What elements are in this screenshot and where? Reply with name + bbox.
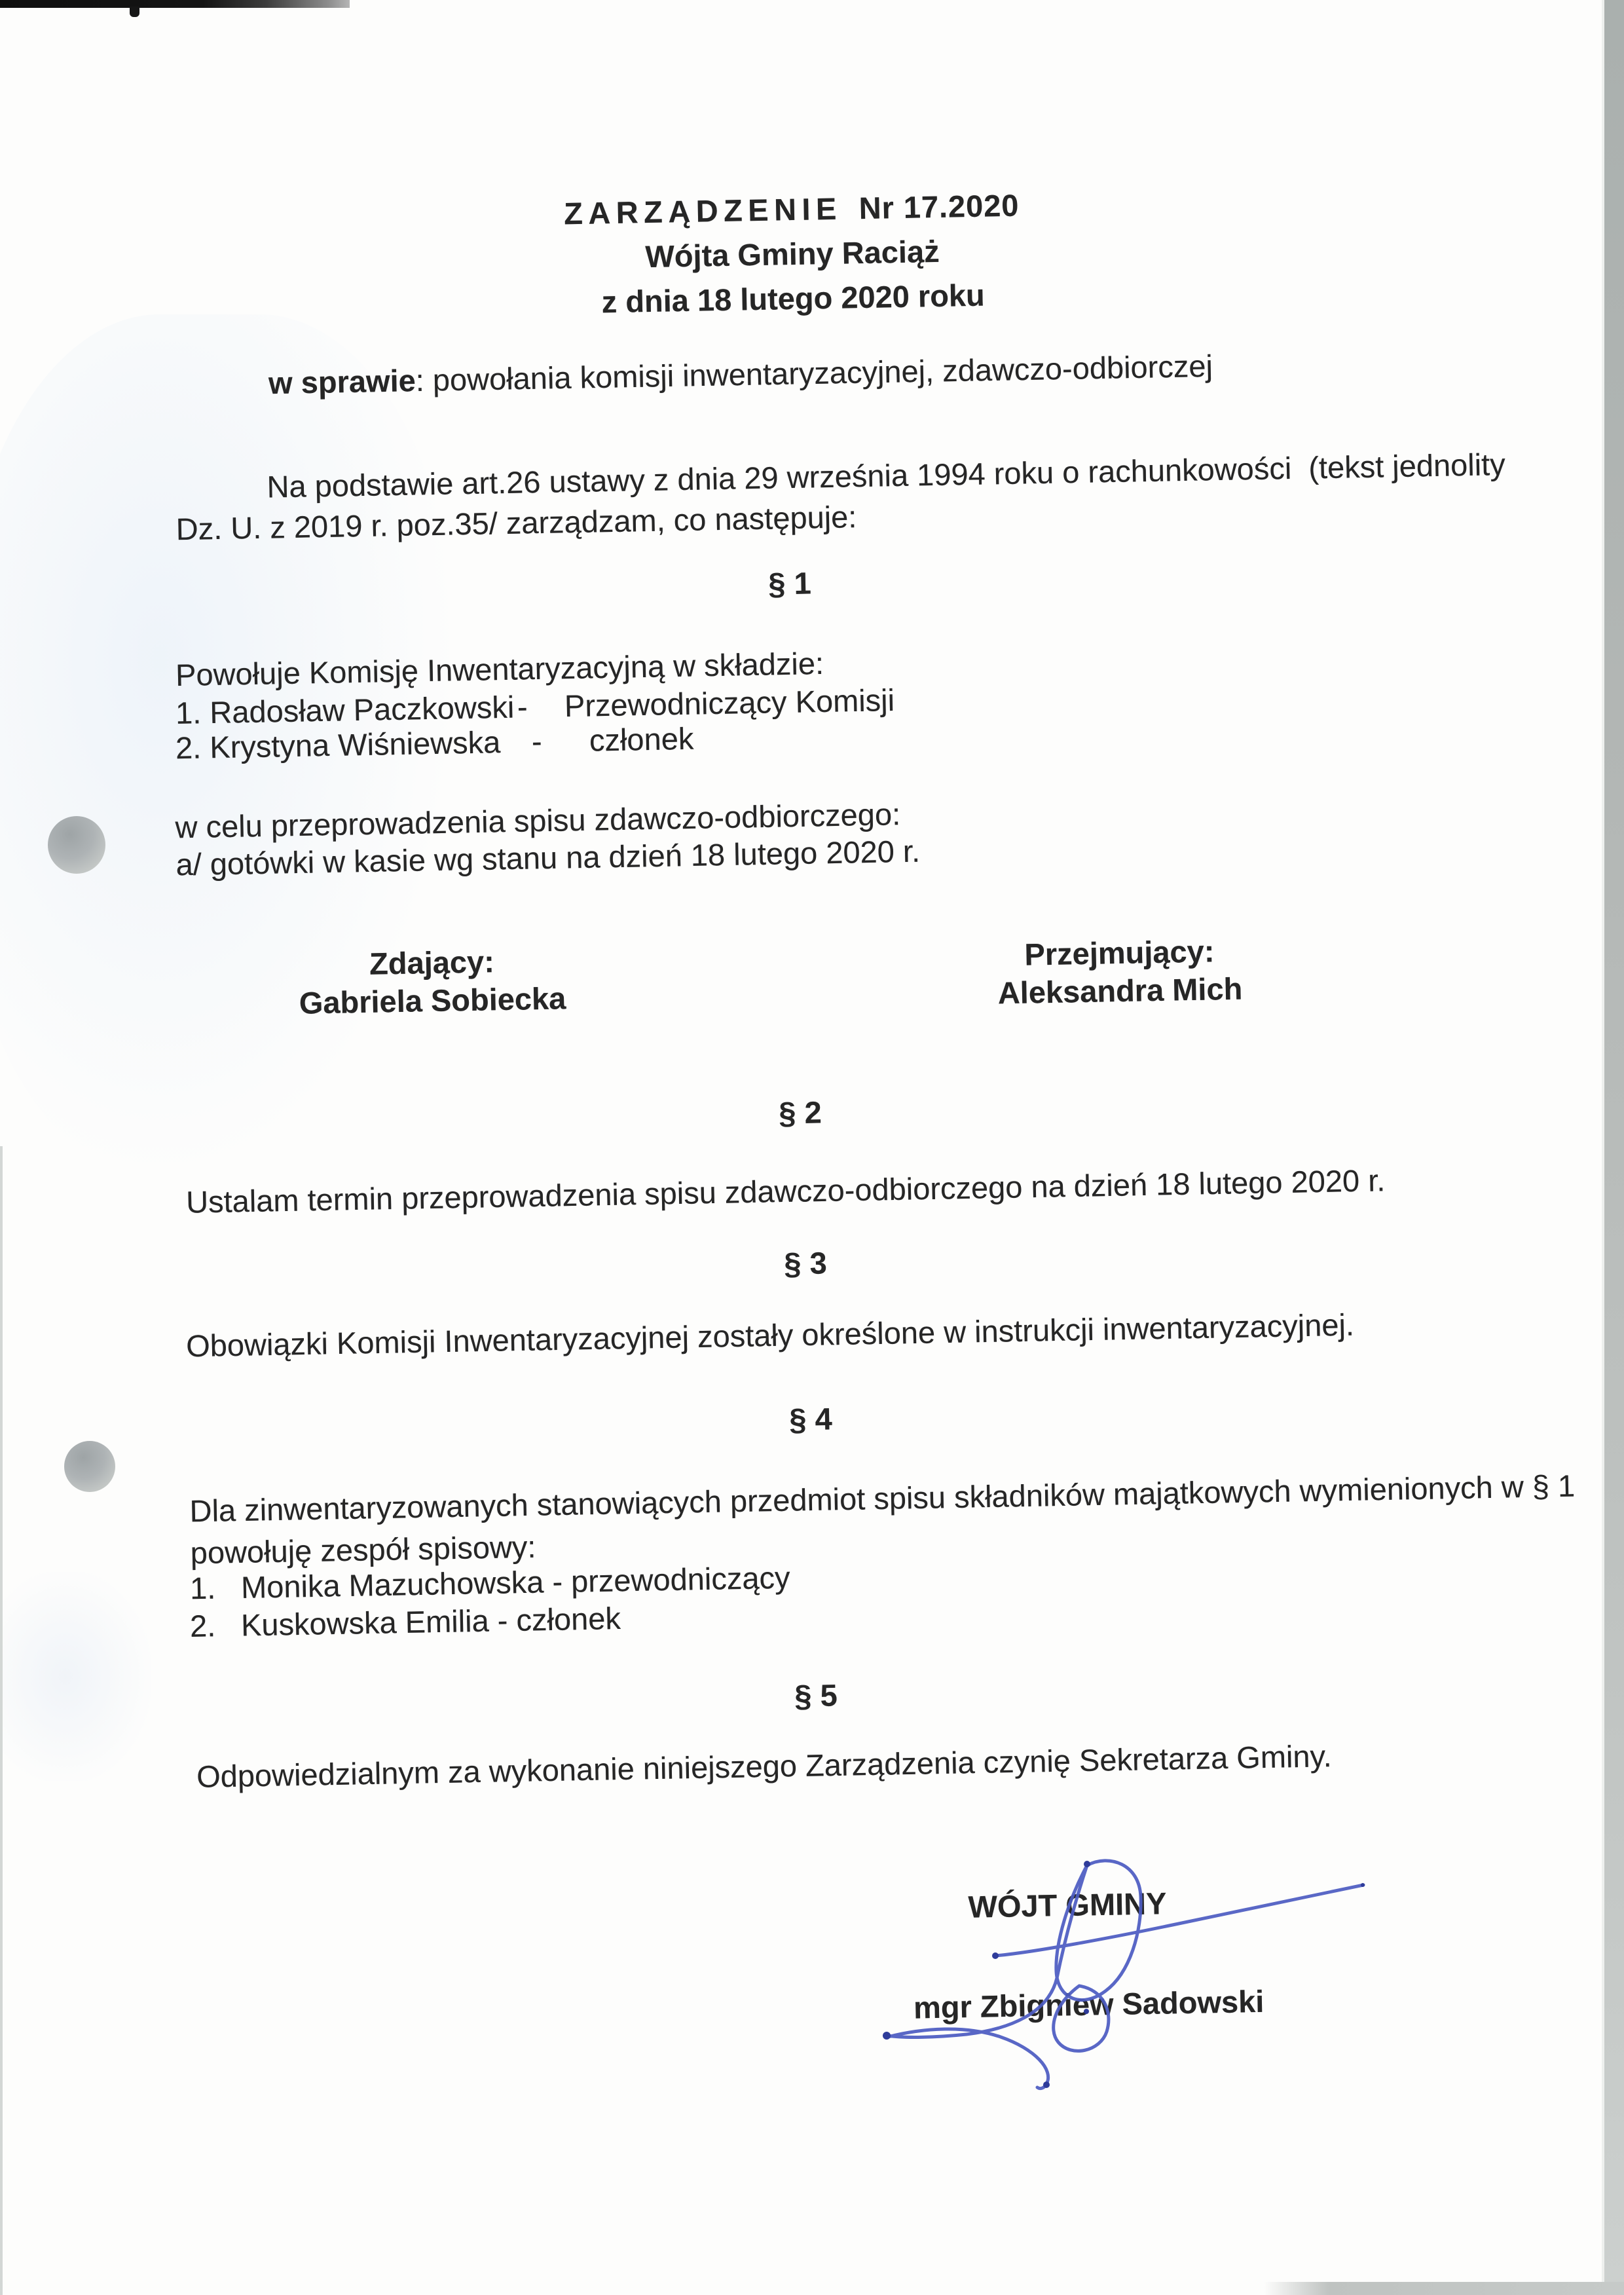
scan-edge-artifact-top (0, 0, 350, 8)
scanned-document-page: ZARZĄDZENIENr 17.2020 Wójta Gminy Raciąż… (0, 0, 1624, 2295)
section-4-text: Dla zinwentaryzowanych stanowiących prze… (189, 1465, 1576, 1575)
title-word: ZARZĄDZENIE (564, 191, 843, 231)
ink-pressure-dots (883, 1861, 1365, 2088)
scan-edge-artifact-bottom (1264, 2282, 1624, 2295)
handover-party-giving: Zdający: Gabriela Sobiecka (261, 941, 603, 1023)
handover-left-title: Zdający: (261, 941, 602, 985)
subject-label: w sprawie (268, 363, 416, 400)
subject-text: : powołania komisji inwentaryzacyjnej, z… (415, 348, 1213, 398)
section-5-text: Odpowiedzialnym za wykonanie niniejszego… (196, 1736, 1333, 1797)
section-5-mark: § 5 (743, 1674, 888, 1717)
member-text: Kuskowska Emilia - członek (240, 1598, 621, 1646)
handover-right-name: Aleksandra Mich (950, 969, 1291, 1013)
scan-edge-artifact-left (0, 1146, 3, 2295)
section-4-mark: § 4 (738, 1398, 883, 1441)
handover-left-name: Gabriela Sobiecka (262, 979, 603, 1023)
section-3-mark: § 3 (733, 1242, 877, 1285)
legal-basis-paragraph: Na podstawie art.26 ustawy z dnia 29 wrz… (175, 446, 1407, 550)
member-role: członek (589, 718, 693, 761)
handover-right-title: Przejmujący: (949, 931, 1290, 975)
scan-edge-artifact-right (1602, 0, 1624, 2295)
member-name: 2. Krystyna Wiśniewska (175, 721, 532, 768)
handover-party-receiving: Przejmujący: Aleksandra Mich (949, 931, 1291, 1013)
section-2-mark: § 2 (728, 1091, 872, 1134)
member-number: 1. (190, 1567, 242, 1609)
document-header: ZARZĄDZENIENr 17.2020 Wójta Gminy Raciąż… (496, 182, 1088, 326)
inventory-team-member-row: 2. Kuskowska Emilia - członek (189, 1598, 621, 1647)
member-dash: - (531, 720, 589, 762)
paragraph-indent (175, 498, 267, 500)
section-3-text: Obowiązki Komisji Inwentaryzacyjnej zost… (186, 1305, 1355, 1367)
section-1-purpose: w celu przeprowadzenia spisu zdawczo-odb… (175, 795, 920, 884)
section-2-text: Ustalam termin przeprowadzenia spisu zda… (186, 1160, 1386, 1223)
scan-edge-artifact-tick (130, 7, 139, 17)
scan-tint-artifact (0, 1572, 151, 1782)
section-1-mark: § 1 (717, 562, 862, 605)
member-number: 2. (189, 1605, 241, 1647)
hole-punch-mark (64, 1441, 115, 1492)
hole-punch-mark (48, 816, 105, 874)
title-number: Nr 17.2020 (858, 188, 1020, 225)
subject-line: w sprawie: powołania komisji inwentaryza… (268, 346, 1213, 403)
handwritten-signature (838, 1821, 1428, 2279)
commission-member-row: 2. Krystyna Wiśniewska - członek (175, 718, 693, 768)
